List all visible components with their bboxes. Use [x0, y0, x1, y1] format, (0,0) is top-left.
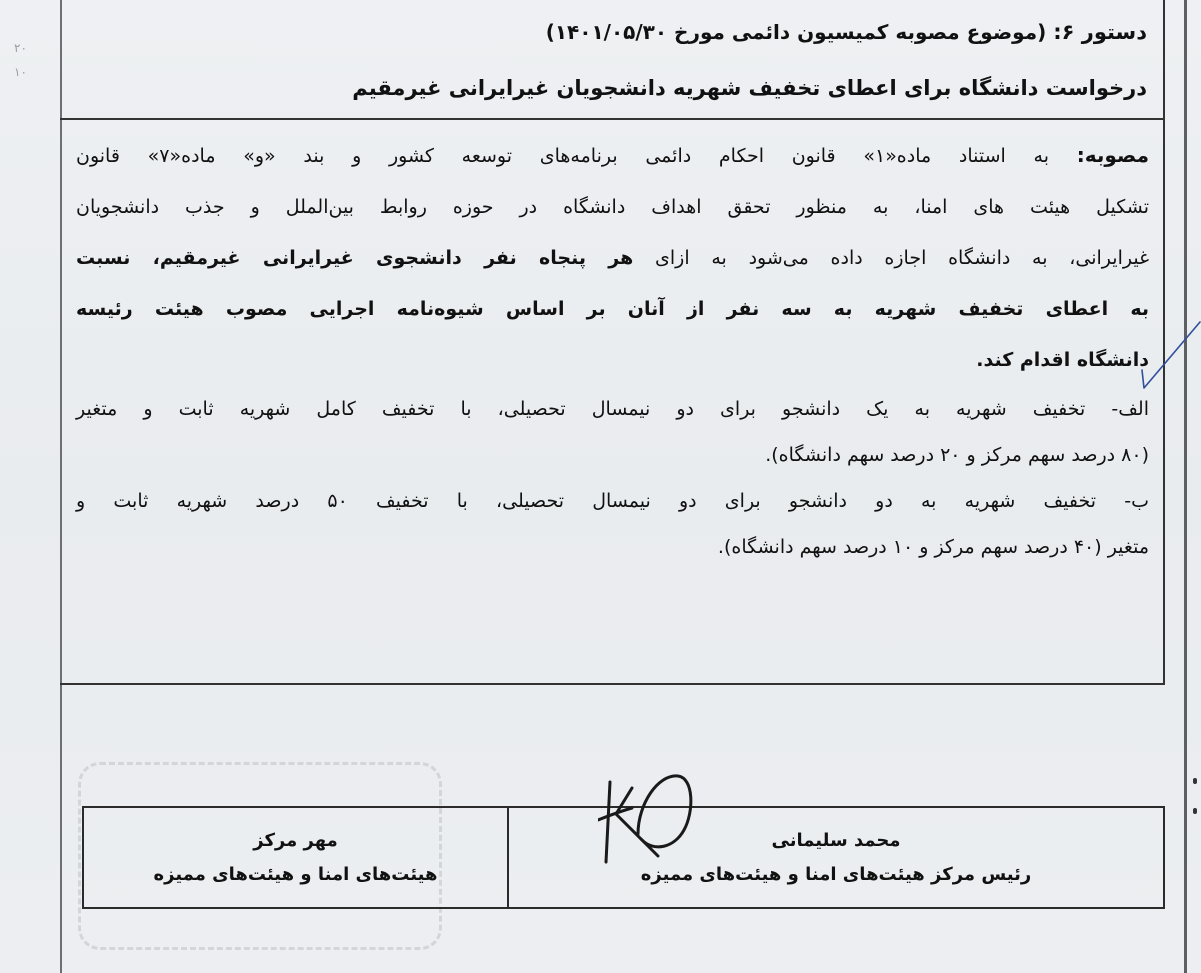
agenda-subject: (موضوع مصوبه کمیسیون دائمی مورخ ۱۴۰۱/۰۵/… — [546, 20, 1047, 44]
agenda-number-label: دستور ۶: — [1053, 20, 1147, 44]
signatory-name: محمد سلیمانی — [771, 824, 900, 858]
agenda-line: دستور ۶: (موضوع مصوبه کمیسیون دائمی مورخ… — [546, 20, 1147, 44]
resolution-emphasis: هر پنجاه نفر دانشجوی غیرایرانی غیرمقیم — [160, 247, 633, 269]
right-margin-rule — [1184, 0, 1187, 973]
margin-note-line: ۲۰ — [14, 36, 27, 60]
margin-dot — [1193, 808, 1197, 814]
margin-note: ۲۰ ۱۰ — [14, 36, 27, 84]
clause-b-line: متغیر (۴۰ درصد سهم مرکز و ۱۰ درصد سهم دا… — [76, 524, 1149, 570]
resolution-line: مصوبه: به استناد ماده«۱» قانون احکام دائ… — [76, 130, 1149, 182]
seal-label: مهر مرکز — [253, 824, 338, 858]
resolution-line: تشکیل هیئت های امنا، به منظور تحقق اهداف… — [76, 182, 1149, 233]
scanned-document-page: ۲۰ ۱۰ دستور ۶: (موضوع مصوبه کمیسیون دائم… — [0, 0, 1201, 973]
clause-b-line: ب- تخفیف شهریه به دو دانشجو برای دو نیمس… — [76, 478, 1149, 524]
resolution-line: به اعطای تخفیف شهریه به سه نفر از آنان ب… — [76, 284, 1149, 335]
seal-title: هیئت‌های امنا و هیئت‌های ممیزه — [154, 858, 438, 892]
resolution-text: غیرایرانی، به دانشگاه اجازه داده می‌شود … — [655, 247, 1149, 269]
clause-a-line: الف- تخفیف شهریه به یک دانشجو برای دو نی… — [76, 386, 1149, 432]
margin-note-line: ۱۰ — [14, 60, 27, 84]
checkmark-icon — [1140, 318, 1201, 390]
handwritten-signature-icon — [598, 768, 708, 866]
seal-cell: مهر مرکز هیئت‌های امنا و هیئت‌های ممیزه — [84, 808, 507, 907]
clause-a-line: (۸۰ درصد سهم مرکز و ۲۰ درصد سهم دانشگاه)… — [76, 432, 1149, 478]
agenda-header-box: دستور ۶: (موضوع مصوبه کمیسیون دائمی مورخ… — [60, 0, 1165, 120]
resolution-body-box: مصوبه: به استناد ماده«۱» قانون احکام دائ… — [60, 120, 1165, 685]
resolution-line: دانشگاه اقدام کند. — [76, 335, 1149, 386]
resolution-text: به استناد ماده«۱» قانون احکام دائمی برنا… — [76, 145, 1049, 167]
resolution-text: ، نسبت — [76, 247, 160, 269]
resolution-label: مصوبه: — [1077, 143, 1149, 167]
agenda-title: درخواست دانشگاه برای اعطای تخفیف شهریه د… — [352, 76, 1147, 100]
margin-dot — [1193, 778, 1197, 784]
resolution-line: غیرایرانی، به دانشگاه اجازه داده می‌شود … — [76, 233, 1149, 284]
